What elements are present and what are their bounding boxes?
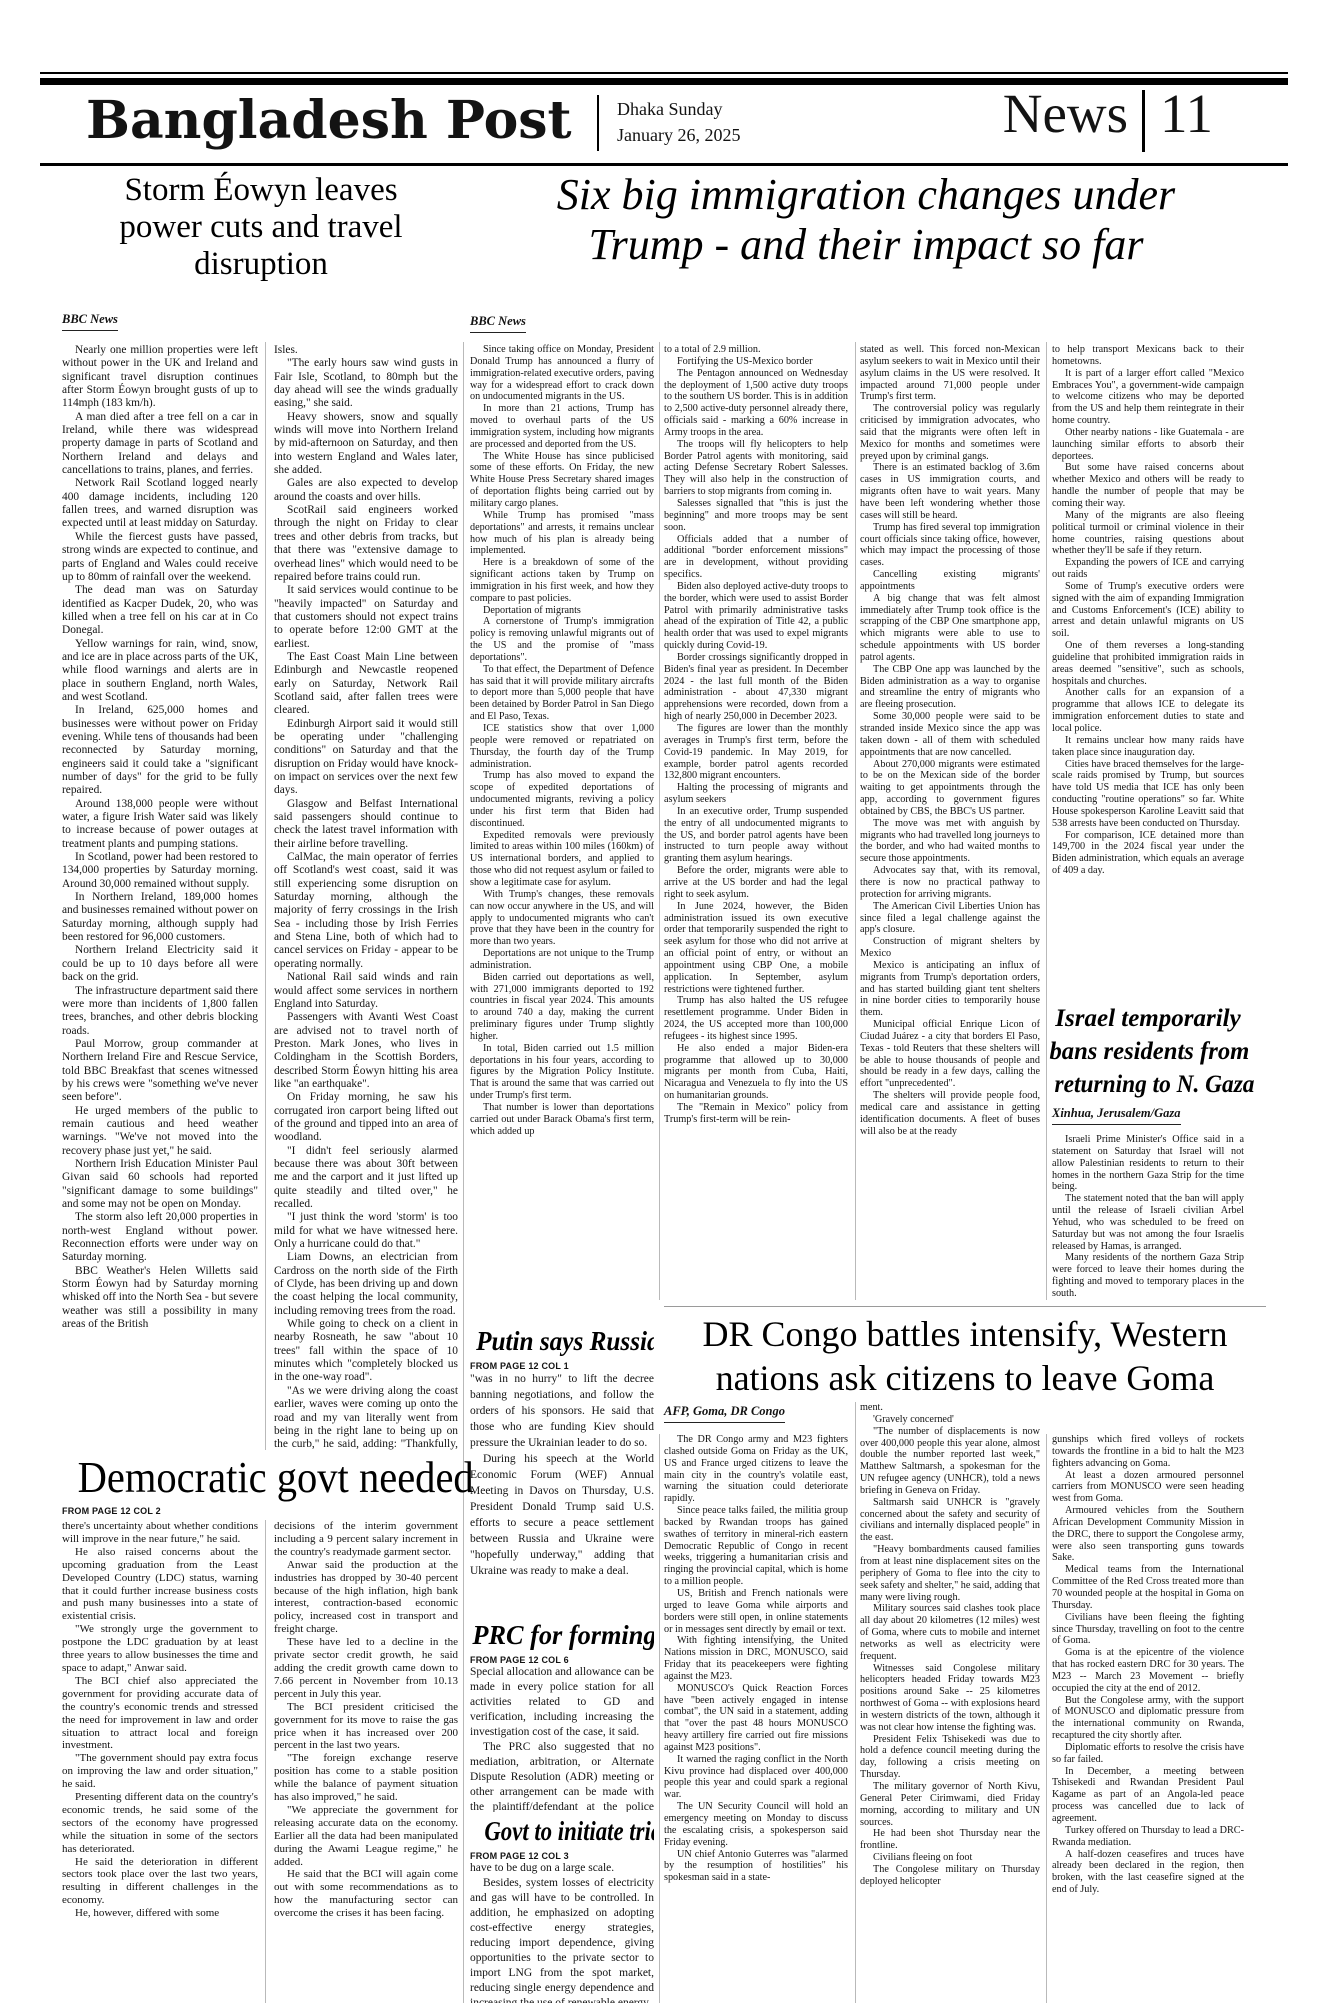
paragraph: Diplomatic efforts to resolve the crisis… — [1052, 1742, 1244, 1766]
paragraph: Gales are also expected to develop aroun… — [274, 477, 458, 504]
headline-line: Israel temporarily — [1048, 1002, 1248, 1035]
paragraph: Paul Morrow, group commander at Northern… — [62, 1038, 258, 1105]
paragraph: Halting the processing of migrants and a… — [664, 782, 848, 806]
paragraph: It is part of a larger effort called "Me… — [1052, 368, 1244, 427]
column-rule — [1046, 342, 1047, 1300]
header-top-thin-rule — [40, 72, 1288, 74]
paragraph: With Trump's changes, these removals can… — [470, 889, 654, 948]
paragraph: Since peace talks failed, the militia gr… — [664, 1505, 848, 1588]
column-rule — [659, 342, 660, 1300]
paragraph: 'Gravely concerned' — [860, 1414, 1040, 1426]
paragraph: The American Civil Liberties Union has s… — [860, 901, 1040, 937]
masthead: Bangladesh Post — [86, 90, 572, 151]
paragraph: Isles. — [274, 344, 458, 357]
paragraph: In December, a meeting between Tshiseked… — [1052, 1766, 1244, 1825]
prc-from-tag: FROM PAGE 12 COL 6 — [470, 1655, 654, 1665]
paragraph: The military governor of North Kivu, Gen… — [860, 1781, 1040, 1828]
paragraph: Officials added that a number of additio… — [664, 534, 848, 581]
immigration-column-2: to a total of 2.9 million.Fortifying the… — [664, 344, 848, 1304]
democratic-from-tag: FROM PAGE 12 COL 2 — [62, 1506, 161, 1516]
prc-headline: PRC for forming — [472, 1620, 651, 1651]
paragraph: The CBP One app was launched by the Bide… — [860, 664, 1040, 711]
paragraph: It warned the raging conflict in the Nor… — [664, 1754, 848, 1801]
paragraph: Advocates say that, with its removal, th… — [860, 865, 1040, 901]
paragraph: The shelters will provide people food, m… — [860, 1090, 1040, 1137]
paragraph: Anwar said the production at the industr… — [274, 1559, 458, 1636]
paragraph: Passengers with Avanti West Coast are ad… — [274, 1011, 458, 1091]
democratic-column-2: decisions of the interim government incl… — [274, 1520, 458, 2003]
paragraph: Deportation of migrants — [470, 605, 654, 617]
paragraph: Liam Downs, an electrician from Cardross… — [274, 1251, 458, 1318]
headline-line: DR Congo battles intensify, Western — [664, 1312, 1266, 1356]
section-title: News — [910, 82, 1128, 145]
headline-line: disruption — [62, 246, 460, 283]
paragraph: Network Rail Scotland logged nearly 400 … — [62, 477, 258, 530]
paragraph: That number is lower than deportations c… — [470, 1102, 654, 1138]
paragraph: In an executive order, Trump suspended t… — [664, 806, 848, 865]
paragraph: Goma is at the epicentre of the violence… — [1052, 1647, 1244, 1694]
drcongo-column-1: The DR Congo army and M23 fighters clash… — [664, 1434, 848, 2003]
israel-headline: Israel temporarilybans residents fromret… — [1048, 1002, 1248, 1101]
paragraph: Turkey offered on Thursday to lead a DRC… — [1052, 1825, 1244, 1849]
column-rule — [1046, 1434, 1047, 2003]
paragraph: But the Congolese army, with the support… — [1052, 1695, 1244, 1742]
paragraph: Around 138,000 people were without water… — [62, 798, 258, 851]
paragraph: gunships which fired volleys of rockets … — [1052, 1434, 1244, 1470]
paragraph: "The government should pay extra focus o… — [62, 1752, 258, 1791]
headline-line: bans residents from — [1049, 1035, 1246, 1068]
paragraph: Edinburgh Airport said it would still be… — [274, 718, 458, 798]
header-divider-left — [597, 95, 599, 151]
putin-headline: Putin says Russia — [476, 1326, 648, 1357]
paragraph: Besides, system losses of electricity an… — [470, 1876, 654, 2003]
putin-article: Putin says Russia FROM PAGE 12 COL 1 "wa… — [470, 1326, 654, 1616]
democratic-headline: Democratic govt needed — [78, 1452, 443, 1503]
paragraph: to help transport Mexicans back to their… — [1052, 344, 1244, 368]
israel-column-1: Israeli Prime Minister's Office said in … — [1052, 1134, 1244, 1306]
paragraph: ScotRail said engineers worked through t… — [274, 504, 458, 584]
paragraph: Before the order, migrants were able to … — [664, 865, 848, 901]
paragraph: Municipal official Enrique Licon of Ciud… — [860, 1019, 1040, 1090]
paragraph: there's uncertainty about whether condit… — [62, 1520, 258, 1546]
paragraph: The figures are lower than the monthly a… — [664, 723, 848, 782]
paragraph: have to be dug on a large scale. — [470, 1861, 654, 1876]
paragraph: Northern Irish Education Minister Paul G… — [62, 1158, 258, 1211]
putin-body: "was in no hurry" to lift the decree ban… — [470, 1371, 654, 1579]
paragraph: Fortifying the US-Mexico border — [664, 356, 848, 368]
paragraph: There is an estimated backlog of 3.6m ca… — [860, 462, 1040, 521]
paragraph: In total, Biden carried out 1.5 million … — [470, 1043, 654, 1102]
paragraph: He also ended a major Biden-era programm… — [664, 1043, 848, 1102]
paragraph: Since taking office on Monday, President… — [470, 344, 654, 403]
paragraph: The East Coast Main Line between Edinbur… — [274, 651, 458, 718]
column-rule — [265, 342, 266, 1450]
govt-body: have to be dug on a large scale.Besides,… — [470, 1861, 654, 2003]
paragraph: BBC Weather's Helen Willetts said Storm … — [62, 1265, 258, 1332]
storm-headline: Storm Éowyn leavespower cuts and traveld… — [62, 172, 460, 283]
paragraph: For comparison, ICE detained more than 1… — [1052, 830, 1244, 877]
drcongo-headline: DR Congo battles intensify, Westernnatio… — [664, 1312, 1266, 1400]
paragraph: "was in no hurry" to lift the decree ban… — [470, 1371, 654, 1451]
paragraph: Military sources said clashes took place… — [860, 1603, 1040, 1662]
paragraph: The move was met with anguish by migrant… — [860, 818, 1040, 865]
paragraph: "I didn't feel seriously alarmed because… — [274, 1145, 458, 1212]
headline-line: Trump - and their impact so far — [466, 220, 1266, 270]
column-rule — [463, 342, 464, 2003]
paragraph: The storm also left 20,000 properties in… — [62, 1211, 258, 1264]
header-bottom-rule — [40, 163, 1288, 166]
byline-text: AFP, Goma, DR Congo — [664, 1404, 785, 1423]
paragraph: US, British and French nationals were ur… — [664, 1588, 848, 1635]
paragraph: ment. — [860, 1402, 1040, 1414]
paragraph: These have led to a decline in the priva… — [274, 1636, 458, 1701]
byline-text: BBC News — [470, 314, 526, 333]
headline-line: returning to N. Gaza — [1055, 1068, 1242, 1101]
paragraph: Civilians have been fleeing the fighting… — [1052, 1612, 1244, 1648]
govt-headline: Govt to initiate trial — [484, 1816, 639, 1847]
paragraph: The troops will fly helicopters to help … — [664, 439, 848, 498]
paragraph: The DR Congo army and M23 fighters clash… — [664, 1434, 848, 1505]
paragraph: Some of Trump's executive orders were si… — [1052, 581, 1244, 640]
paragraph: The "Remain in Mexico" policy from Trump… — [664, 1102, 848, 1126]
paragraph: Biden carried out deportations as well, … — [470, 972, 654, 1043]
paragraph: The BCI chief also appreciated the gover… — [62, 1675, 258, 1752]
column-rule — [855, 342, 856, 1300]
paragraph: Cities have braced themselves for the la… — [1052, 759, 1244, 830]
paragraph: Saltmarsh said UNHCR is "gravely concern… — [860, 1497, 1040, 1544]
paragraph: During his speech at the World Economic … — [470, 1451, 654, 1579]
paragraph: He had been shot Thursday near the front… — [860, 1828, 1040, 1852]
byline-text: Xinhua, Jerusalem/Gaza — [1052, 1106, 1181, 1125]
paragraph: The Pentagon announced on Wednesday the … — [664, 368, 848, 439]
immigration-column-3: stated as well. This forced non-Mexican … — [860, 344, 1040, 1304]
paragraph: Civilians fleeing on foot — [860, 1852, 1040, 1864]
paragraph: stated as well. This forced non-Mexican … — [860, 344, 1040, 403]
democratic-column-1: there's uncertainty about whether condit… — [62, 1520, 258, 2003]
govt-article: Govt to initiate trial FROM PAGE 12 COL … — [470, 1816, 654, 2003]
paragraph: Israeli Prime Minister's Office said in … — [1052, 1134, 1244, 1193]
prc-body: Special allocation and allowance can be … — [470, 1665, 654, 1812]
drcongo-column-3: gunships which fired volleys of rockets … — [1052, 1434, 1244, 2003]
immigration-headline: Six big immigration changes underTrump -… — [466, 170, 1266, 270]
paragraph: One of them reverses a long-standing gui… — [1052, 640, 1244, 687]
paragraph: MONUSCO's Quick Reaction Forces have "be… — [664, 1683, 848, 1754]
headline-line: nations ask citizens to leave Goma — [664, 1356, 1266, 1400]
paragraph: The controversial policy was regularly c… — [860, 403, 1040, 462]
newspaper-page: Bangladesh Post Dhaka Sunday January 26,… — [0, 0, 1328, 2003]
paragraph: "The foreign exchange reserve position h… — [274, 1752, 458, 1804]
paragraph: Some 30,000 people were said to be stran… — [860, 711, 1040, 758]
paragraph: The PRC also suggested that no mediation… — [470, 1740, 654, 1812]
paragraph: Border crossings significantly dropped i… — [664, 652, 848, 723]
paragraph: A cornerstone of Trump's immigration pol… — [470, 616, 654, 663]
paragraph: Deportations are not unique to the Trump… — [470, 948, 654, 972]
paragraph: The BCI president criticised the governm… — [274, 1701, 458, 1753]
paragraph: "I just think the word 'storm' is too mi… — [274, 1211, 458, 1251]
paragraph: Salesses signalled that "this is just th… — [664, 498, 848, 534]
column-rule — [265, 1520, 266, 2003]
paragraph: Cancelling existing migrants' appointmen… — [860, 569, 1040, 593]
paragraph: The infrastructure department said there… — [62, 985, 258, 1038]
page-number: 11 — [1160, 82, 1213, 145]
paragraph: Nearly one million properties were left … — [62, 344, 258, 411]
paragraph: President Felix Tshisekedi was due to ho… — [860, 1734, 1040, 1781]
column-rule — [659, 1434, 660, 2003]
drcongo-byline: AFP, Goma, DR Congo — [664, 1404, 785, 1423]
headline-line: Storm Éowyn leaves — [62, 172, 460, 209]
paragraph: Medical teams from the International Com… — [1052, 1564, 1244, 1611]
paragraph: In Northern Ireland, 189,000 homes and b… — [62, 891, 258, 944]
paragraph: A big change that was felt almost immedi… — [860, 593, 1040, 664]
paragraph: Other nearby nations - like Guatemala - … — [1052, 427, 1244, 463]
paragraph: He urged members of the public to remain… — [62, 1105, 258, 1158]
paragraph: The Congolese military on Thursday deplo… — [860, 1864, 1040, 1888]
storm-column-2: Isles."The early hours saw wind gusts in… — [274, 344, 458, 1450]
paragraph: But some have raised concerns about whet… — [1052, 462, 1244, 509]
paragraph: Yellow warnings for rain, wind, snow, an… — [62, 638, 258, 705]
paragraph: Expanding the powers of ICE and carrying… — [1052, 557, 1244, 581]
paragraph: "We appreciate the government for releas… — [274, 1804, 458, 1869]
prc-article: PRC for forming FROM PAGE 12 COL 6 Speci… — [470, 1620, 654, 1812]
drcongo-top-rule — [664, 1306, 1266, 1307]
date-line-1: Dhaka Sunday — [617, 99, 722, 120]
paragraph: On Friday morning, he saw his corrugated… — [274, 1091, 458, 1144]
paragraph: decisions of the interim government incl… — [274, 1520, 458, 1559]
paragraph: The dead man was on Saturday identified … — [62, 584, 258, 637]
paragraph: The White House has since publicised som… — [470, 451, 654, 510]
paragraph: With fighting intensifying, the United N… — [664, 1635, 848, 1682]
paragraph: Armoured vehicles from the Southern Afri… — [1052, 1505, 1244, 1564]
paragraph: The statement noted that the ban will ap… — [1052, 1193, 1244, 1252]
paragraph: "As we were driving along the coast earl… — [274, 1385, 458, 1450]
paragraph: In June 2024, however, the Biden adminis… — [664, 901, 848, 996]
paragraph: Here is a breakdown of some of the signi… — [470, 557, 654, 604]
paragraph: "The number of displacements is now over… — [860, 1426, 1040, 1497]
drcongo-column-2: ment.'Gravely concerned'"The number of d… — [860, 1402, 1040, 2003]
paragraph: He also raised concerns about the upcomi… — [62, 1546, 258, 1623]
paragraph: In Scotland, power had been restored to … — [62, 851, 258, 891]
paragraph: National Rail said winds and rain would … — [274, 971, 458, 1011]
paragraph: The UN Security Council will hold an eme… — [664, 1801, 848, 1848]
byline-text: BBC News — [62, 312, 118, 331]
paragraph: Construction of migrant shelters by Mexi… — [860, 936, 1040, 960]
paragraph: UN chief Antonio Guterres was "alarmed b… — [664, 1849, 848, 1885]
israel-byline: Xinhua, Jerusalem/Gaza — [1052, 1106, 1181, 1125]
paragraph: ICE statistics show that over 1,000 peop… — [470, 723, 654, 770]
paragraph: While going to check on a client in near… — [274, 1318, 458, 1385]
paragraph: Many of the migrants are also fleeing po… — [1052, 510, 1244, 557]
paragraph: Trump has also halted the US refugee res… — [664, 995, 848, 1042]
paragraph: Mexico is anticipating an influx of migr… — [860, 960, 1040, 1019]
paragraph: "We strongly urge the government to post… — [62, 1623, 258, 1675]
paragraph: CalMac, the main operator of ferries off… — [274, 851, 458, 971]
paragraph: Presenting different data on the country… — [62, 1791, 258, 1856]
paragraph: He said that the BCI will again come out… — [274, 1868, 458, 1920]
date-line-2: January 26, 2025 — [617, 125, 740, 146]
paragraph: Heavy showers, snow and squally winds wi… — [274, 411, 458, 478]
storm-column-1: Nearly one million properties were left … — [62, 344, 258, 1450]
headline-line: Six big immigration changes under — [466, 170, 1266, 220]
paragraph: In Ireland, 625,000 homes and businesses… — [62, 704, 258, 797]
paragraph: To that effect, the Department of Defenc… — [470, 664, 654, 723]
header-divider-right — [1142, 90, 1145, 152]
headline-line: power cuts and travel — [62, 209, 460, 246]
paragraph: Special allocation and allowance can be … — [470, 1665, 654, 1740]
paragraph: In more than 21 actions, Trump has moved… — [470, 403, 654, 450]
paragraph: While the fiercest gusts have passed, st… — [62, 531, 258, 584]
paragraph: "The early hours saw wind gusts in Fair … — [274, 357, 458, 410]
paragraph: A half-dozen ceasefires and truces have … — [1052, 1849, 1244, 1896]
govt-from-tag: FROM PAGE 12 COL 3 — [470, 1851, 654, 1861]
paragraph: Trump has fired several top immigration … — [860, 522, 1040, 569]
paragraph: Trump has also moved to expand the scope… — [470, 770, 654, 829]
immigration-column-1: Since taking office on Monday, President… — [470, 344, 654, 1304]
column-rule — [855, 1402, 856, 2003]
paragraph: to a total of 2.9 million. — [664, 344, 848, 356]
paragraph: Expedited removals were previously limit… — [470, 830, 654, 889]
paragraph: While Trump has promised "mass deportati… — [470, 510, 654, 557]
storm-byline: BBC News — [62, 312, 118, 331]
paragraph: Many residents of the northern Gaza Stri… — [1052, 1252, 1244, 1299]
paragraph: It said services would continue to be "h… — [274, 584, 458, 651]
putin-from-tag: FROM PAGE 12 COL 1 — [470, 1361, 654, 1371]
immigration-column-4: to help transport Mexicans back to their… — [1052, 344, 1244, 998]
paragraph: Witnesses said Congolese military helico… — [860, 1663, 1040, 1734]
paragraph: Biden also deployed active-duty troops t… — [664, 581, 848, 652]
paragraph: "Heavy bombardments caused families from… — [860, 1544, 1040, 1603]
paragraph: It remains unclear how many raids have t… — [1052, 735, 1244, 759]
paragraph: About 270,000 migrants were estimated to… — [860, 759, 1040, 818]
paragraph: Glasgow and Belfast International said p… — [274, 798, 458, 851]
paragraph: He, however, differed with some — [62, 1907, 258, 1920]
paragraph: A man died after a tree fell on a car in… — [62, 411, 258, 478]
immigration-byline: BBC News — [470, 314, 526, 333]
paragraph: At least a dozen armoured personnel carr… — [1052, 1470, 1244, 1506]
paragraph: He said the deterioration in different s… — [62, 1856, 258, 1908]
paragraph: Another calls for an expansion of a prog… — [1052, 687, 1244, 734]
paragraph: Northern Ireland Electricity said it cou… — [62, 944, 258, 984]
